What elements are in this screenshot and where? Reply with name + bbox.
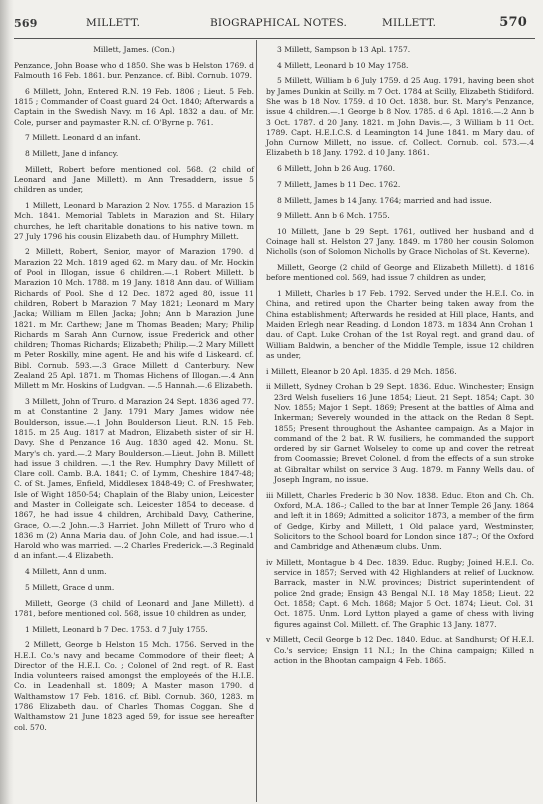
- entry-paragraph: 5 Millett, William b 6 July 1759. d 25 A…: [266, 76, 534, 158]
- right-column: 3 Millett, Sampson b 13 Apl. 1757. 4 Mil…: [266, 45, 534, 672]
- entry-paragraph: 6 Millett, John b 26 Aug. 1760.: [266, 164, 534, 174]
- entry-paragraph: 1 Millett, Leonard b Marazion 2 Nov. 175…: [14, 201, 254, 242]
- child-entry: ii Millett, Sydney Crohan b 29 Sept. 183…: [266, 382, 534, 485]
- entry-paragraph: 8 Millett, James b 14 Jany. 1764; marrie…: [266, 196, 534, 206]
- entry-paragraph: 3 Millett, Sampson b 13 Apl. 1757.: [266, 45, 534, 55]
- entry-paragraph: 8 Millett, Jane d infancy.: [14, 149, 254, 159]
- entry-paragraph: 7 Millett. Leonard d an infant.: [14, 133, 254, 143]
- entry-paragraph: Millett, Robert before mentioned col. 56…: [14, 165, 254, 196]
- header-rule: [14, 38, 535, 39]
- child-entry: iv Millett, Montague b 4 Dec. 1839. Educ…: [266, 558, 534, 630]
- entry-paragraph: Penzance, John Boase who d 1850. She was…: [14, 61, 254, 82]
- child-entry: i Millett, Eleanor b 20 Apl. 1835. d 29 …: [266, 367, 534, 377]
- running-header: 569 MILLETT. BIOGRAPHICAL NOTES. MILLETT…: [14, 17, 531, 35]
- entry-paragraph: 2 Millett, George b Helston 15 Mch. 1756…: [14, 640, 254, 733]
- page-number-right: 570: [499, 15, 527, 30]
- page-binding-shadow: [0, 0, 14, 804]
- left-column: Millett, James. (Con.) Penzance, John Bo…: [14, 45, 254, 738]
- page-number-left: 569: [14, 17, 38, 30]
- child-entry: v Millett, Cecil George b 12 Dec. 1840. …: [266, 635, 534, 666]
- entry-paragraph: 10 Millett, Jane b 29 Sept. 1761, outliv…: [266, 227, 534, 258]
- entry-paragraph: 4 Millett, Ann d unm.: [14, 567, 254, 577]
- entry-paragraph: 1 Millett, Leonard b 7 Dec. 1753. d 7 Ju…: [14, 625, 254, 635]
- entry-paragraph: 7 Millett, James b 11 Dec. 1762.: [266, 180, 534, 190]
- entry-paragraph: 9 Millett. Ann b 6 Mch. 1755.: [266, 211, 534, 221]
- header-title-center: BIOGRAPHICAL NOTES.: [210, 17, 347, 29]
- entry-paragraph: Millett, George (2 child of George and E…: [266, 263, 534, 284]
- entry-paragraph: 5 Millett, Grace d unm.: [14, 583, 254, 593]
- header-title-right: MILLETT.: [382, 17, 436, 29]
- child-entry: iii Millett, Charles Frederic b 30 Nov. …: [266, 491, 534, 553]
- entry-paragraph: 2 Millett, Robert, Senior, mayor of Mara…: [14, 247, 254, 391]
- entry-paragraph: 6 Millett, John, Entered R.N. 19 Feb. 18…: [14, 87, 254, 128]
- entry-paragraph: 4 Millett, Leonard b 10 May 1758.: [266, 61, 534, 71]
- column-divider: [256, 40, 257, 802]
- entry-heading: Millett, James. (Con.): [14, 45, 254, 55]
- entry-paragraph: 1 Millett, Charles b 17 Feb. 1792. Serve…: [266, 289, 534, 361]
- entry-paragraph: Millett, George (3 child of Leonard and …: [14, 599, 254, 620]
- entry-paragraph: 3 Millett, John of Truro. d Marazion 24 …: [14, 397, 254, 562]
- header-title-left: MILLETT.: [86, 17, 140, 29]
